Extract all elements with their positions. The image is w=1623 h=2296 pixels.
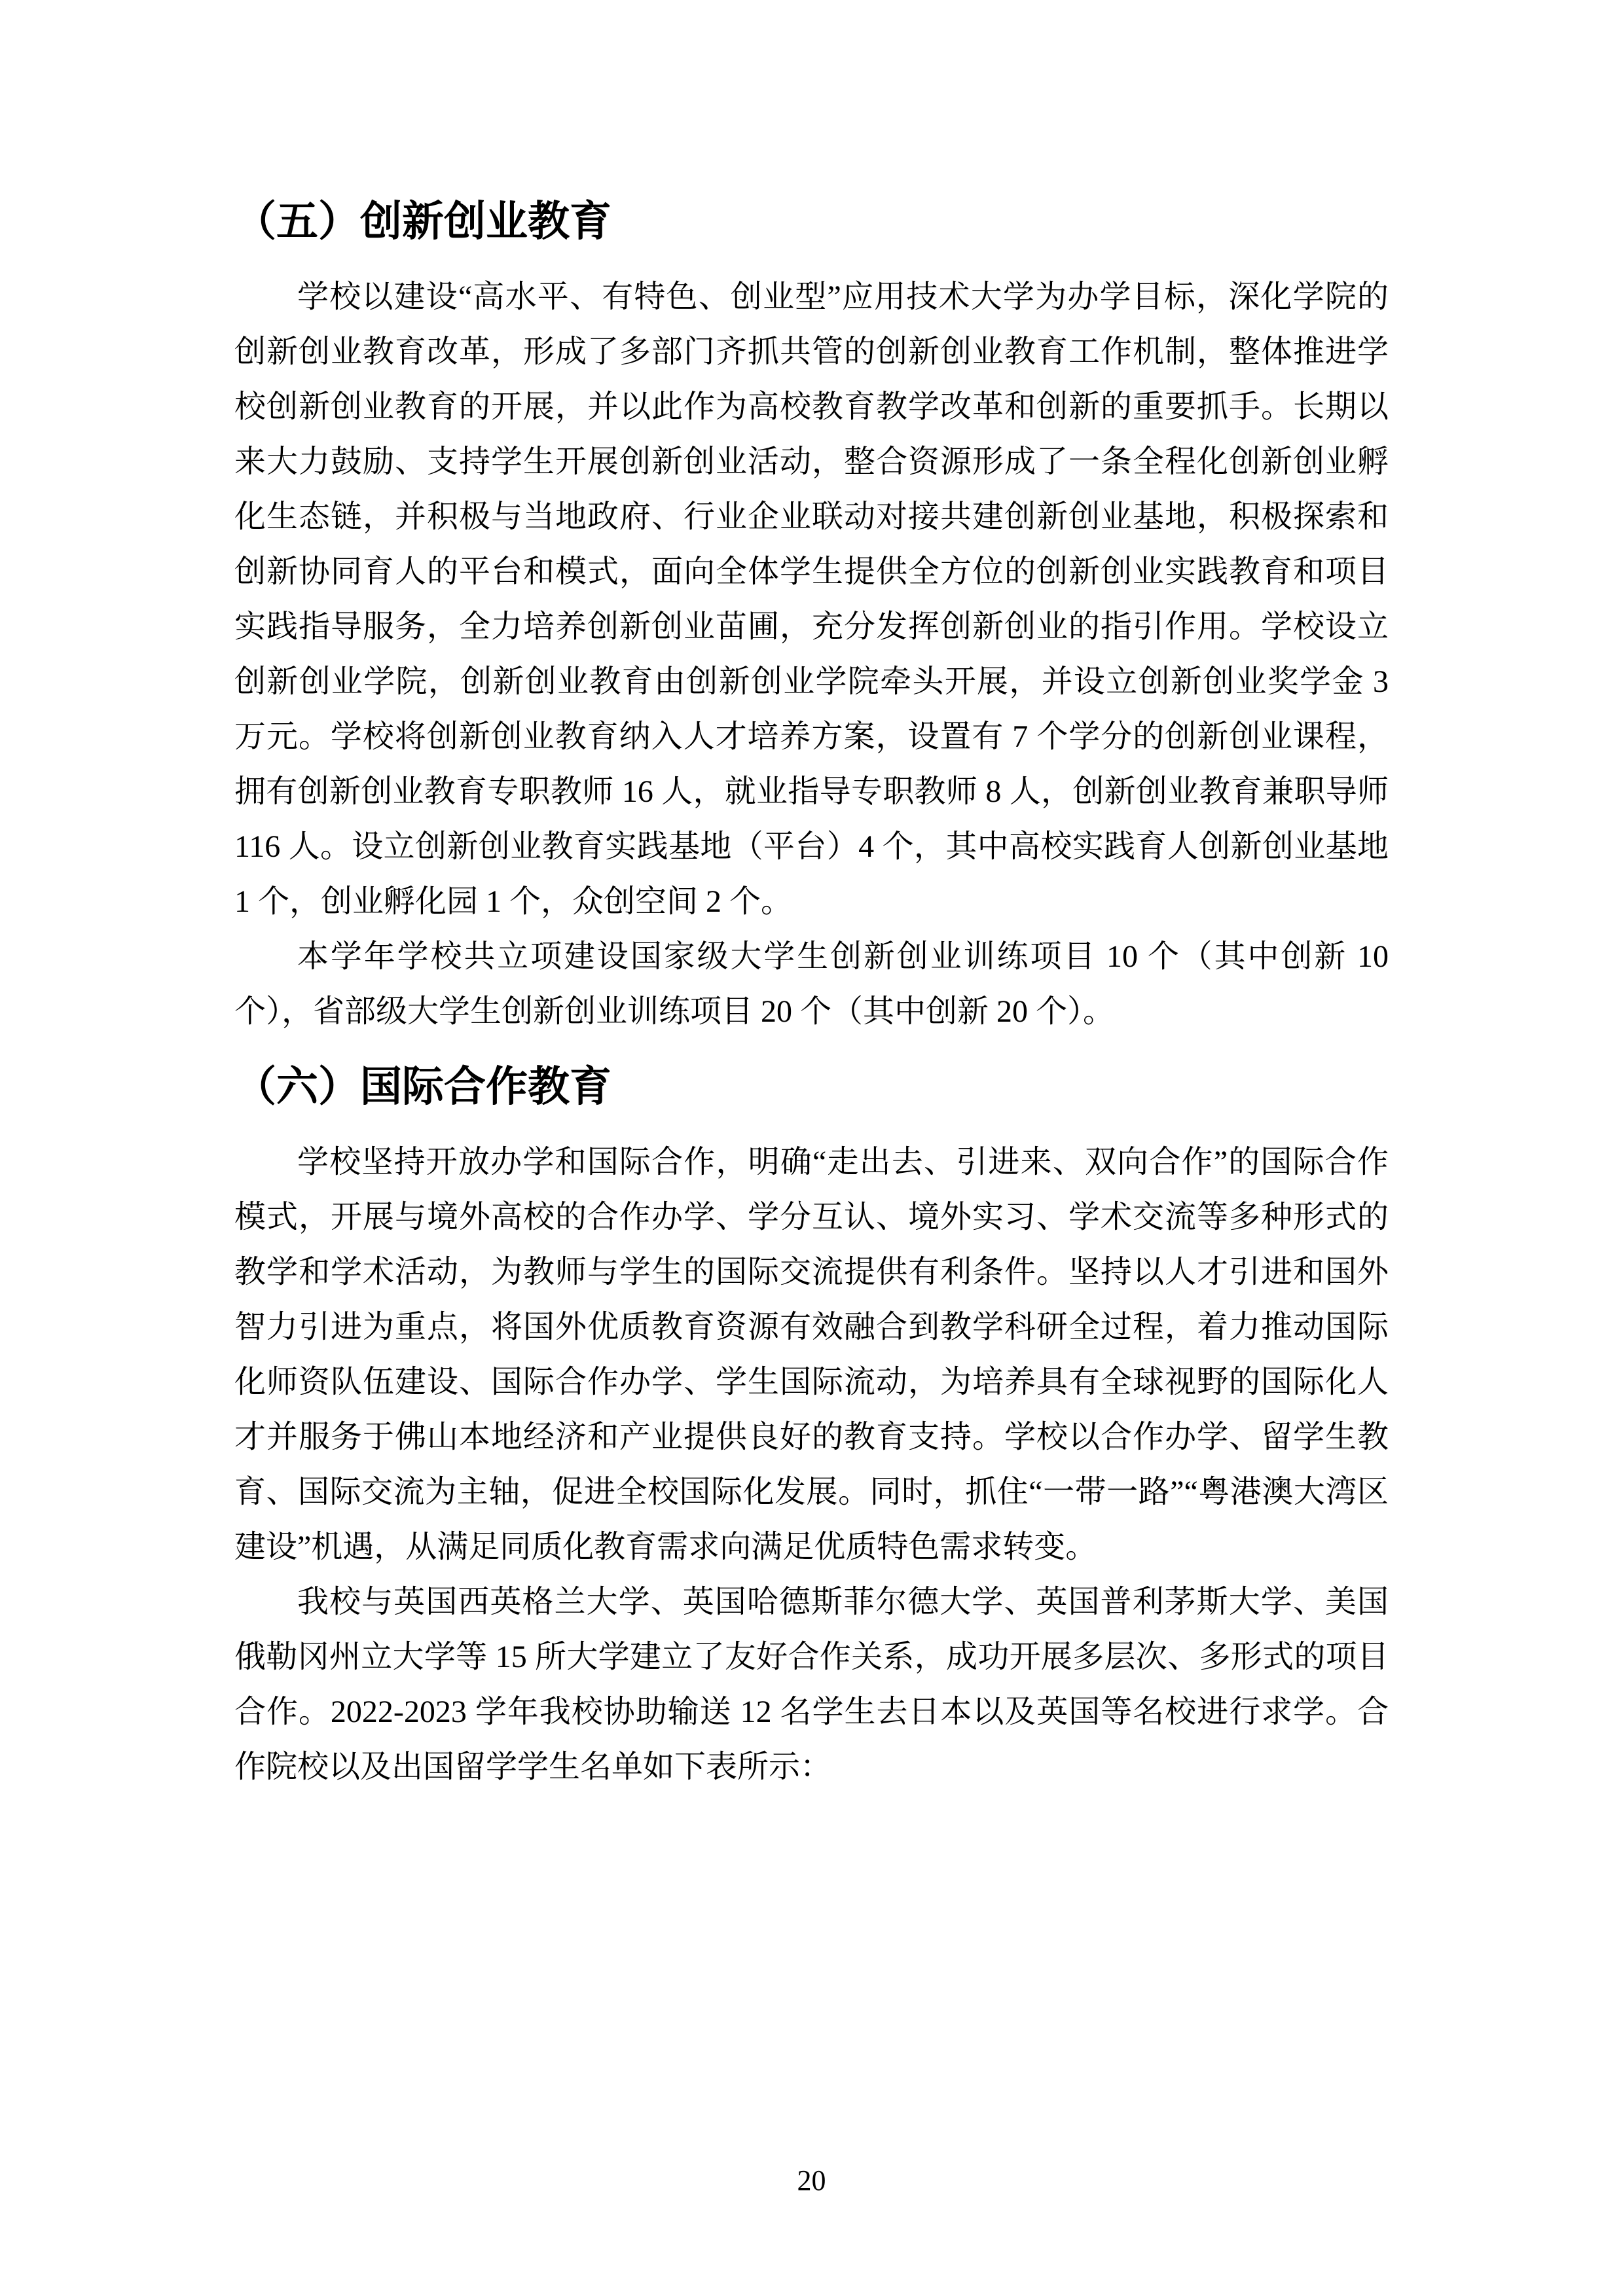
- paragraph: 学校以建设“高水平、有特色、创业型”应用技术大学为办学目标，深化学院的创新创业教…: [234, 270, 1389, 929]
- document-page: （五）创新创业教育 学校以建设“高水平、有特色、创业型”应用技术大学为办学目标，…: [0, 0, 1623, 2296]
- paragraph: 学校坚持开放办学和国际合作，明确“走出去、引进来、双向合作”的国际合作模式，开展…: [234, 1135, 1389, 1575]
- paragraph: 我校与英国西英格兰大学、英国哈德斯菲尔德大学、英国普利茅斯大学、美国俄勒冈州立大…: [234, 1575, 1389, 1795]
- section-heading: （五）创新创业教育: [234, 191, 1389, 251]
- section-international-cooperation-education: （六）国际合作教育 学校坚持开放办学和国际合作，明确“走出去、引进来、双向合作”…: [234, 1056, 1389, 1795]
- page-content: （五）创新创业教育 学校以建设“高水平、有特色、创业型”应用技术大学为办学目标，…: [234, 191, 1389, 1795]
- section-heading: （六）国际合作教育: [234, 1056, 1389, 1117]
- section-innovation-entrepreneurship-education: （五）创新创业教育 学校以建设“高水平、有特色、创业型”应用技术大学为办学目标，…: [234, 191, 1389, 1039]
- paragraph: 本学年学校共立项建设国家级大学生创新创业训练项目 10 个（其中创新 10 个）…: [234, 929, 1389, 1039]
- page-number: 20: [0, 2164, 1623, 2198]
